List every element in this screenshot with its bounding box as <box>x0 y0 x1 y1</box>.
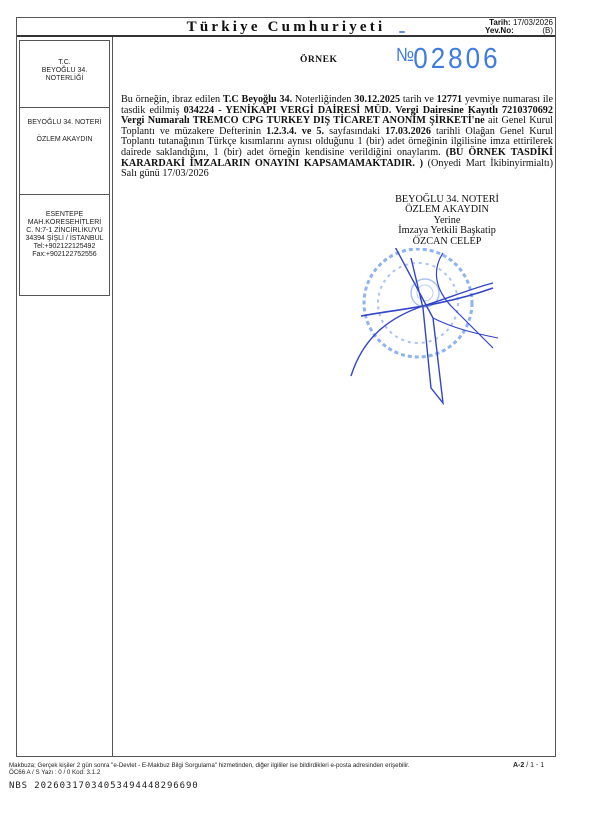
nbs-label: NBS <box>9 781 28 791</box>
nbs-value: 20260317034053494448296690 <box>34 781 198 791</box>
code-line: ÖC66 A / S Yazı : 0 / 0 Kod: 3.1.2 <box>9 769 410 776</box>
address-line: MAH.KORESEHİTLERİ <box>20 219 109 227</box>
body-bold: 1.2.3.4. ve 5. <box>266 126 324 137</box>
office-line: T.C. <box>20 59 109 67</box>
address-line: ESENTEPE <box>20 211 109 219</box>
sig-line: ÖZCAN CELEP <box>372 237 522 247</box>
fax: Fax:+902122752556 <box>20 251 109 259</box>
footer-notes: Makbuza; Gerçek kişiler 2 gün sonra "e-D… <box>9 762 410 776</box>
body-text: tarih ve <box>400 94 437 105</box>
office-line: NOTERLİĞİ <box>20 75 109 83</box>
page-number: / 1 - 1 <box>524 762 544 769</box>
receipt-note: Makbuza; Gerçek kişiler 2 gün sonra "e-D… <box>9 762 410 769</box>
office-line: BEYOĞLU 34. <box>20 67 109 75</box>
yev-label: Yev.No: <box>485 27 514 35</box>
pen-mark <box>399 31 405 33</box>
body-bold: T.C Beyoğlu 34. <box>223 94 292 105</box>
document-heading: ÖRNEK <box>300 55 337 65</box>
numero-sign: № <box>396 44 413 65</box>
document-body: Bu örneğin, ibraz edilen T.C Beyoğlu 34.… <box>121 95 553 180</box>
body-bold: 12771 <box>437 94 462 105</box>
address-line: C. N:7-1 ZİNCİRLİKUYU <box>20 227 109 235</box>
body-text: sayfasındaki <box>324 126 385 137</box>
divider <box>20 107 109 108</box>
notary-name: ÖZLEM AKAYDIN <box>20 136 109 144</box>
body-text: Noterliğinden <box>292 94 354 105</box>
body-text: Bu örneğin, ibraz edilen <box>121 94 223 105</box>
signature-block: BEYOĞLU 34. NOTERİ ÖZLEM AKAYDIN Yerine … <box>372 195 522 247</box>
notary-title: BEYOĞLU 34. NOTERİ <box>20 119 109 127</box>
document-header: Türkiye Cumhuriyeti Tarih: 17/03/2026 Ye… <box>17 18 555 37</box>
header-meta: Tarih: 17/03/2026 Yev.No:(B) <box>485 19 553 35</box>
left-column: T.C. BEYOĞLU 34. NOTERLİĞİ BEYOĞLU 34. N… <box>17 37 113 756</box>
address-block: ESENTEPE MAH.KORESEHİTLERİ C. N:7-1 ZİNC… <box>20 211 109 259</box>
yev-value: (B) <box>542 27 553 35</box>
serial-stamp: №02806 <box>396 41 501 76</box>
nbs-code: NBS 20260317034053494448296690 <box>9 781 199 791</box>
body-bold: 17.03.2026 <box>385 126 431 137</box>
body-bold: 30.12.2025 <box>354 94 400 105</box>
notary-seal-icon <box>333 248 503 418</box>
header-title: Türkiye Cumhuriyeti <box>17 19 555 36</box>
page-code: A-2 <box>513 762 524 769</box>
address-line: 34394 ŞİŞLİ / İSTANBUL <box>20 235 109 243</box>
notary-block: BEYOĞLU 34. NOTERİ ÖZLEM AKAYDIN <box>20 119 109 144</box>
serial-number: 02806 <box>413 41 500 75</box>
page-indicator: A-2 / 1 - 1 <box>513 762 544 769</box>
phone: Tel:+902122125492 <box>20 243 109 251</box>
notary-info-box: T.C. BEYOĞLU 34. NOTERLİĞİ BEYOĞLU 34. N… <box>19 40 110 296</box>
office-block: T.C. BEYOĞLU 34. NOTERLİĞİ <box>20 59 109 83</box>
divider <box>20 194 109 195</box>
